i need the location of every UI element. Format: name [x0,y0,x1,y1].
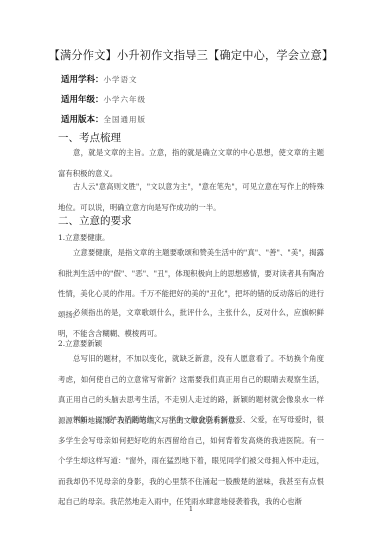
section-heading-2: 二、立意的要求 [58,213,132,228]
meta-edition-value: 全国通用版 [104,115,147,124]
meta-grade: 适用年级：小学六年级 [61,93,146,105]
meta-edition: 适用版本：全国通用版 [61,113,146,125]
meta-subject-label: 适用学科： [61,75,104,85]
meta-grade-value: 小学六年级 [104,95,147,104]
paragraph: 例如：以"爱"为话题的作文，学生一般会联系到母爱、父爱，在写母爱时，很多学生会写… [58,410,324,513]
item-label-1: 1.立意要健康。 [58,232,109,243]
meta-edition-label: 适用版本： [61,115,104,125]
meta-subject: 适用学科：小学语文 [61,73,138,85]
meta-grade-label: 适用年级： [61,95,104,105]
item-label-2: 2.立意要新颖 [58,338,102,349]
page-number: 1 [0,505,382,513]
meta-subject-value: 小学语文 [104,75,138,84]
document-title: 【满分作文】小升初作文指导三【确定中心，学会立意】 [0,47,382,63]
paragraph: 古人云"意高则文胜"，"文以意为主"，"意在笔先"，可见立意在写作上的特殊地位。… [58,177,324,218]
